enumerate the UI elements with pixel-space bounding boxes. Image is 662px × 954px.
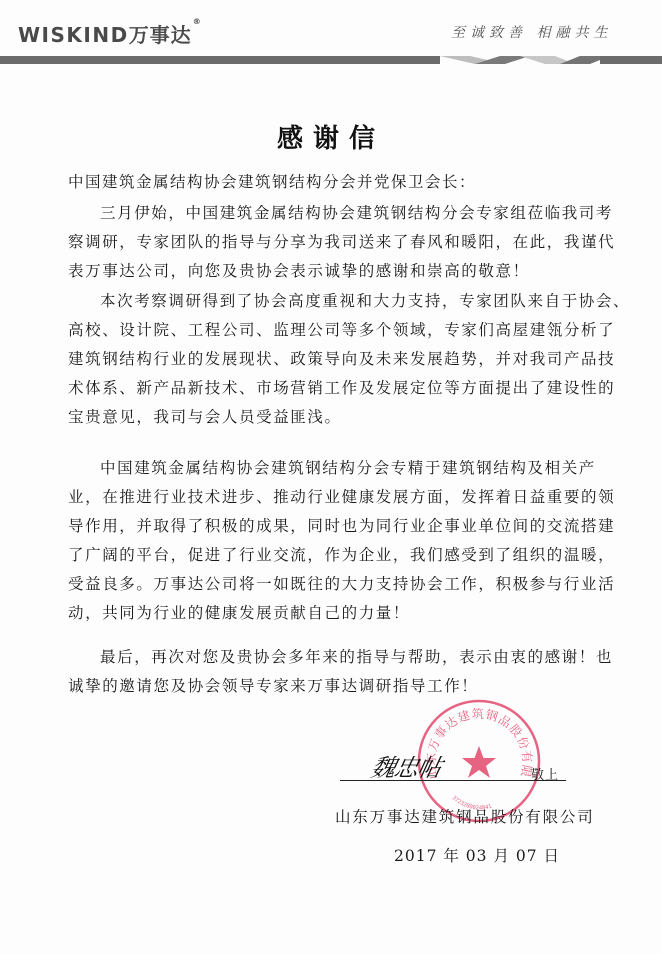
company-logo: WISKIND万事达® [18,19,202,48]
paragraph-line: 诚挚的邀请您及协会领导专家来万事达调研指导工作！ [68,672,598,701]
paragraph-line: 了广阔的平台，促进了行业交流，作为企业，我们感受到了组织的温暖， [68,541,598,570]
letter-date: 2017 年 03 月 07 日 [394,844,560,866]
paragraph-3: 中国建筑金属结构协会建筑钢结构分会专精于建筑钢结构及相关产 业，在推进行业技术进… [68,454,598,628]
paragraph-line: 察调研，专家团队的指导与分享为我司送来了春风和暖阳，在此，我谨代 [68,228,598,257]
paragraph-line: 导作用，并取得了积极的成果，同时也为同行业企事业单位间的交流搭建 [68,512,598,541]
company-name: 山东万事达建筑钢品股份有限公司 [335,805,595,827]
paragraph-4: 最后，再次对您及贵协会多年来的指导与帮助，表示由衷的感谢！也 诚挚的邀请您及协会… [68,643,598,701]
paragraph-line: 三月伊始，中国建筑金属结构协会建筑钢结构分会专家组莅临我司考 [68,199,598,228]
seal-star-icon [462,746,496,778]
paragraph-line: 本次考察调研得到了协会高度重视和大力支持，专家团队来自于协会、 [68,287,598,316]
letter-page: WISKIND万事达® 至诚致善 相融共生 感谢信 中国建筑金属结构协会建筑钢结… [0,0,662,954]
paragraph-line: 表万事达公司，向您及贵协会表示诚挚的感谢和崇高的敬意！ [68,257,598,286]
paragraph-line: 建筑钢结构行业的发展现状、政策导向及未来发展趋势，并对我司产品技 [68,345,598,374]
paragraph-line: 高校、设计院、工程公司、监理公司等多个领域，专家们高屋建瓴分析了 [68,316,598,345]
logo-chinese: 万事达 [129,23,192,47]
paragraph-line: 动，共同为行业的健康发展贡献自己的力量！ [68,599,598,628]
paragraph-line: 受益良多。万事达公司将一如既往的大力支持协会工作，积极参与行业活 [68,570,598,599]
paragraph-line: 业，在推进行业技术进步、推动行业健康发展方面，发挥着日益重要的领 [68,483,598,512]
paragraph-line: 中国建筑金属结构协会建筑钢结构分会专精于建筑钢结构及相关产 [68,454,598,483]
handwritten-signature: 魏忠帖 [368,748,444,783]
company-slogan: 至诚致善 相融共生 [451,22,612,42]
paragraph-line: 宝贵意见，我司与会人员受益匪浅。 [68,403,598,432]
paragraph-2: 本次考察调研得到了协会高度重视和大力支持，专家团队来自于协会、 高校、设计院、工… [68,287,598,432]
paragraph-line: 术体系、新产品新技术、市场营销工作及发展定位等方面提出了建设性的 [68,374,598,403]
registered-mark-icon: ® [193,17,202,26]
signature-underline [340,780,566,781]
letterhead-band [0,56,662,64]
salutation: 中国建筑金属结构协会建筑钢结构分会并党保卫会长： [68,170,476,192]
logo-english: WISKIND [18,23,129,47]
letter-title: 感谢信 [0,118,662,155]
paragraph-line: 最后，再次对您及贵协会多年来的指导与帮助，表示由衷的感谢！也 [68,643,598,672]
paragraph-1: 三月伊始，中国建筑金属结构协会建筑钢结构分会专家组莅临我司考 察调研，专家团队的… [68,199,598,286]
